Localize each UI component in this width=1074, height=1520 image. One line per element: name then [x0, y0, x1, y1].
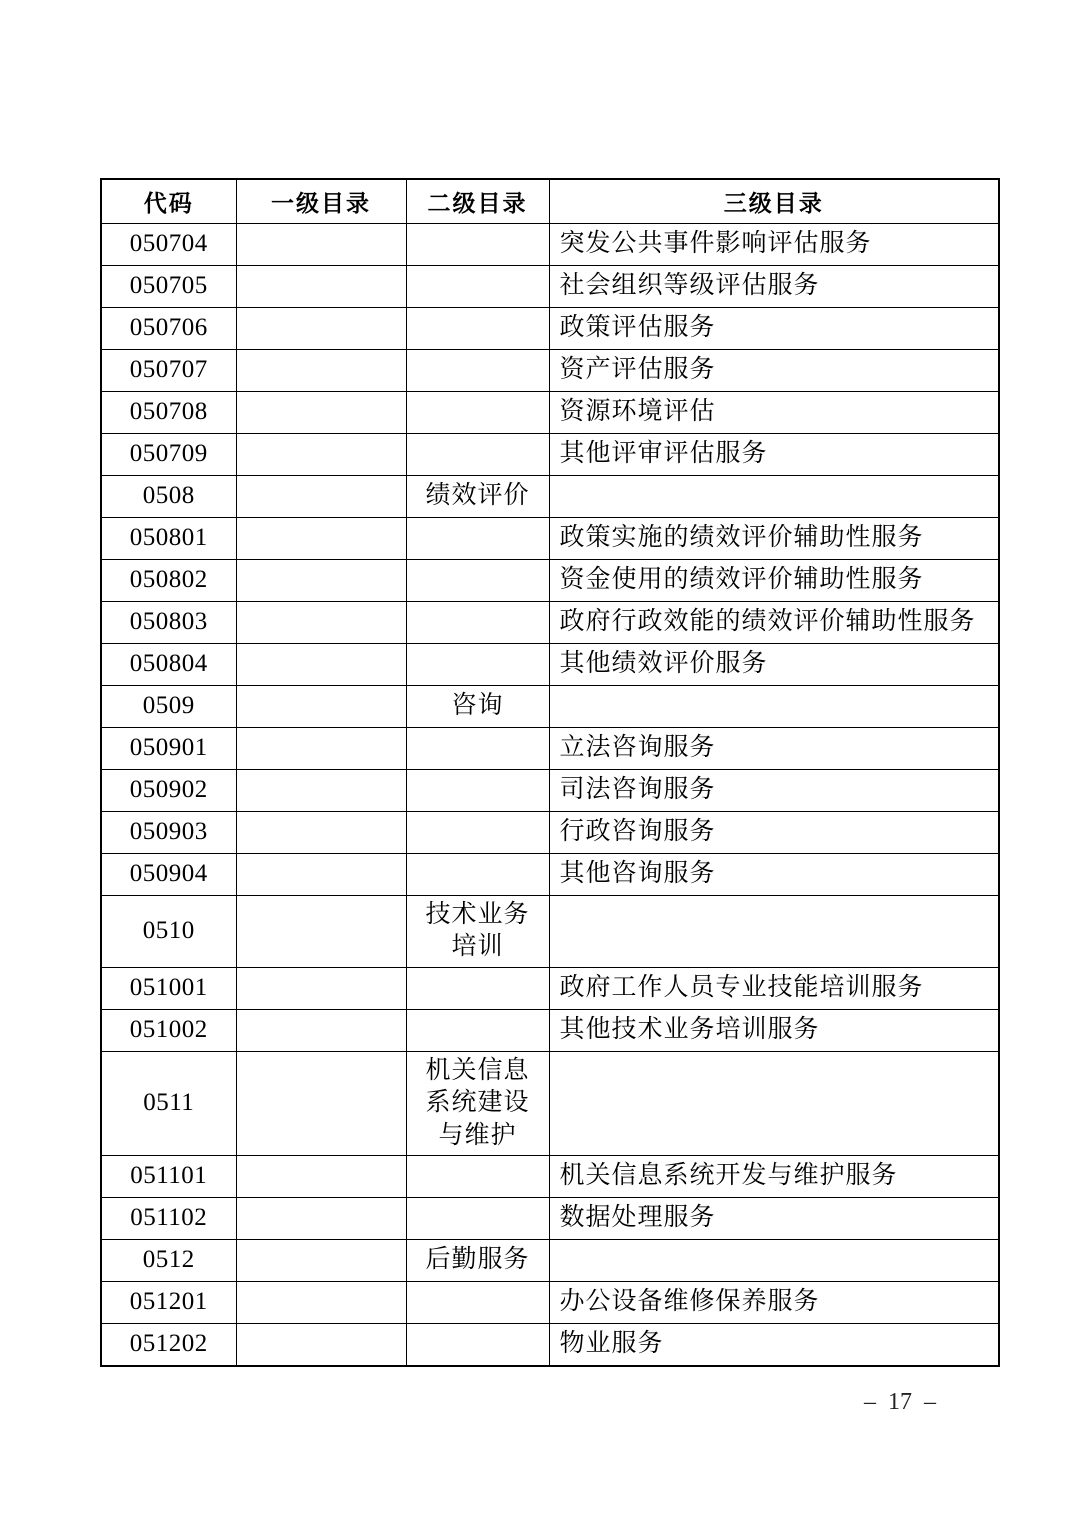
- level2-cell: [406, 1324, 549, 1366]
- level2-cell: [406, 349, 549, 391]
- level1-cell: [236, 967, 406, 1009]
- level3-cell: 其他评审评估服务: [549, 433, 999, 475]
- level2-cell: [406, 391, 549, 433]
- code-cell: 050707: [101, 349, 236, 391]
- code-cell: 050901: [101, 727, 236, 769]
- code-cell: 0510: [101, 895, 236, 967]
- level3-cell: 立法咨询服务: [549, 727, 999, 769]
- header-level3: 三级目录: [549, 179, 999, 223]
- table-row: 051101 机关信息系统开发与维护服务: [101, 1156, 999, 1198]
- level1-cell: [236, 1198, 406, 1240]
- level2-cell: [406, 769, 549, 811]
- table-row: 050802 资金使用的绩效评价辅助性服务: [101, 559, 999, 601]
- level1-cell: [236, 1051, 406, 1156]
- level3-cell: 社会组织等级评估服务: [549, 265, 999, 307]
- code-cell: 050903: [101, 811, 236, 853]
- level1-cell: [236, 559, 406, 601]
- table-row: 050705 社会组织等级评估服务: [101, 265, 999, 307]
- level3-cell: 其他技术业务培训服务: [549, 1009, 999, 1051]
- level1-cell: [236, 1240, 406, 1282]
- level2-cell: [406, 601, 549, 643]
- level3-cell: 物业服务: [549, 1324, 999, 1366]
- table-row: 051201 办公设备维修保养服务: [101, 1282, 999, 1324]
- code-cell: 051201: [101, 1282, 236, 1324]
- code-cell: 050802: [101, 559, 236, 601]
- code-cell: 050709: [101, 433, 236, 475]
- level3-cell: [549, 895, 999, 967]
- level2-cell: [406, 1156, 549, 1198]
- code-cell: 050804: [101, 643, 236, 685]
- code-cell: 0512: [101, 1240, 236, 1282]
- level1-cell: [236, 643, 406, 685]
- table-row: 050904 其他咨询服务: [101, 853, 999, 895]
- level2-cell: [406, 1282, 549, 1324]
- table-row: 0509 咨询: [101, 685, 999, 727]
- level1-cell: [236, 811, 406, 853]
- code-cell: 050704: [101, 223, 236, 265]
- level1-cell: [236, 349, 406, 391]
- table-row: 050708 资源环境评估: [101, 391, 999, 433]
- level2-cell: [406, 265, 549, 307]
- level1-cell: [236, 433, 406, 475]
- table-row: 050903 行政咨询服务: [101, 811, 999, 853]
- level2-cell: 机关信息 系统建设 与维护: [406, 1051, 549, 1156]
- header-code: 代码: [101, 179, 236, 223]
- table-row: 050803 政府行政效能的绩效评价辅助性服务: [101, 601, 999, 643]
- table-row: 050901 立法咨询服务: [101, 727, 999, 769]
- level3-cell: 政策实施的绩效评价辅助性服务: [549, 517, 999, 559]
- table-row: 050902 司法咨询服务: [101, 769, 999, 811]
- level2-cell: [406, 307, 549, 349]
- code-cell: 050803: [101, 601, 236, 643]
- level1-cell: [236, 391, 406, 433]
- level3-cell: 办公设备维修保养服务: [549, 1282, 999, 1324]
- level1-cell: [236, 769, 406, 811]
- level3-cell: 突发公共事件影响评估服务: [549, 223, 999, 265]
- level1-cell: [236, 601, 406, 643]
- code-cell: 051202: [101, 1324, 236, 1366]
- table-row: 0511 机关信息 系统建设 与维护: [101, 1051, 999, 1156]
- catalog-table: 代码 一级目录 二级目录 三级目录 050704 突发公共事件影响评估服务 05…: [100, 178, 1000, 1367]
- table-row: 051202 物业服务: [101, 1324, 999, 1366]
- level2-cell: [406, 559, 549, 601]
- table-row: 050801 政策实施的绩效评价辅助性服务: [101, 517, 999, 559]
- level1-cell: [236, 1324, 406, 1366]
- table-row: 050804 其他绩效评价服务: [101, 643, 999, 685]
- code-cell: 0509: [101, 685, 236, 727]
- header-row: 代码 一级目录 二级目录 三级目录: [101, 179, 999, 223]
- level1-cell: [236, 685, 406, 727]
- level3-cell: [549, 1051, 999, 1156]
- level2-cell: [406, 727, 549, 769]
- code-cell: 050708: [101, 391, 236, 433]
- level3-cell: 其他咨询服务: [549, 853, 999, 895]
- level3-cell: [549, 685, 999, 727]
- level3-cell: 资金使用的绩效评价辅助性服务: [549, 559, 999, 601]
- code-cell: 051102: [101, 1198, 236, 1240]
- page-number: – 17 –: [852, 1389, 948, 1416]
- table-body: 050704 突发公共事件影响评估服务 050705 社会组织等级评估服务 05…: [101, 223, 999, 1366]
- level3-cell: 其他绩效评价服务: [549, 643, 999, 685]
- code-cell: 0508: [101, 475, 236, 517]
- code-cell: 051101: [101, 1156, 236, 1198]
- level3-cell: 政府行政效能的绩效评价辅助性服务: [549, 601, 999, 643]
- level1-cell: [236, 517, 406, 559]
- level3-cell: 司法咨询服务: [549, 769, 999, 811]
- table-row: 0508 绩效评价: [101, 475, 999, 517]
- code-cell: 050801: [101, 517, 236, 559]
- level2-cell: 绩效评价: [406, 475, 549, 517]
- level3-cell: 资产评估服务: [549, 349, 999, 391]
- code-cell: 051002: [101, 1009, 236, 1051]
- header-level2: 二级目录: [406, 179, 549, 223]
- code-cell: 050706: [101, 307, 236, 349]
- level1-cell: [236, 1156, 406, 1198]
- code-cell: 0511: [101, 1051, 236, 1156]
- level1-cell: [236, 727, 406, 769]
- level2-cell: [406, 433, 549, 475]
- level2-cell: [406, 223, 549, 265]
- level3-cell: 数据处理服务: [549, 1198, 999, 1240]
- table-row: 051002 其他技术业务培训服务: [101, 1009, 999, 1051]
- level1-cell: [236, 265, 406, 307]
- level2-cell: 后勤服务: [406, 1240, 549, 1282]
- table-row: 050709 其他评审评估服务: [101, 433, 999, 475]
- header-level1: 一级目录: [236, 179, 406, 223]
- level2-cell: 咨询: [406, 685, 549, 727]
- level2-cell: 技术业务 培训: [406, 895, 549, 967]
- level2-cell: [406, 853, 549, 895]
- level3-cell: [549, 475, 999, 517]
- table-row: 0510 技术业务 培训: [101, 895, 999, 967]
- level1-cell: [236, 895, 406, 967]
- table-row: 050704 突发公共事件影响评估服务: [101, 223, 999, 265]
- level3-cell: 政府工作人员专业技能培训服务: [549, 967, 999, 1009]
- table-row: 050706 政策评估服务: [101, 307, 999, 349]
- level2-cell: [406, 811, 549, 853]
- level1-cell: [236, 1009, 406, 1051]
- table-row: 051001 政府工作人员专业技能培训服务: [101, 967, 999, 1009]
- level3-cell: 资源环境评估: [549, 391, 999, 433]
- level3-cell: 行政咨询服务: [549, 811, 999, 853]
- table-row: 0512 后勤服务: [101, 1240, 999, 1282]
- code-cell: 050705: [101, 265, 236, 307]
- level2-cell: [406, 643, 549, 685]
- level2-cell: [406, 967, 549, 1009]
- level1-cell: [236, 853, 406, 895]
- code-cell: 051001: [101, 967, 236, 1009]
- code-cell: 050902: [101, 769, 236, 811]
- level2-cell: [406, 1198, 549, 1240]
- level3-cell: [549, 1240, 999, 1282]
- table-row: 051102 数据处理服务: [101, 1198, 999, 1240]
- document-page: { "page": { "number": "– 17 –" }, "table…: [0, 0, 1074, 1520]
- level1-cell: [236, 475, 406, 517]
- level3-cell: 政策评估服务: [549, 307, 999, 349]
- code-cell: 050904: [101, 853, 236, 895]
- level2-cell: [406, 1009, 549, 1051]
- level1-cell: [236, 223, 406, 265]
- table-row: 050707 资产评估服务: [101, 349, 999, 391]
- level1-cell: [236, 307, 406, 349]
- level3-cell: 机关信息系统开发与维护服务: [549, 1156, 999, 1198]
- level2-cell: [406, 517, 549, 559]
- level1-cell: [236, 1282, 406, 1324]
